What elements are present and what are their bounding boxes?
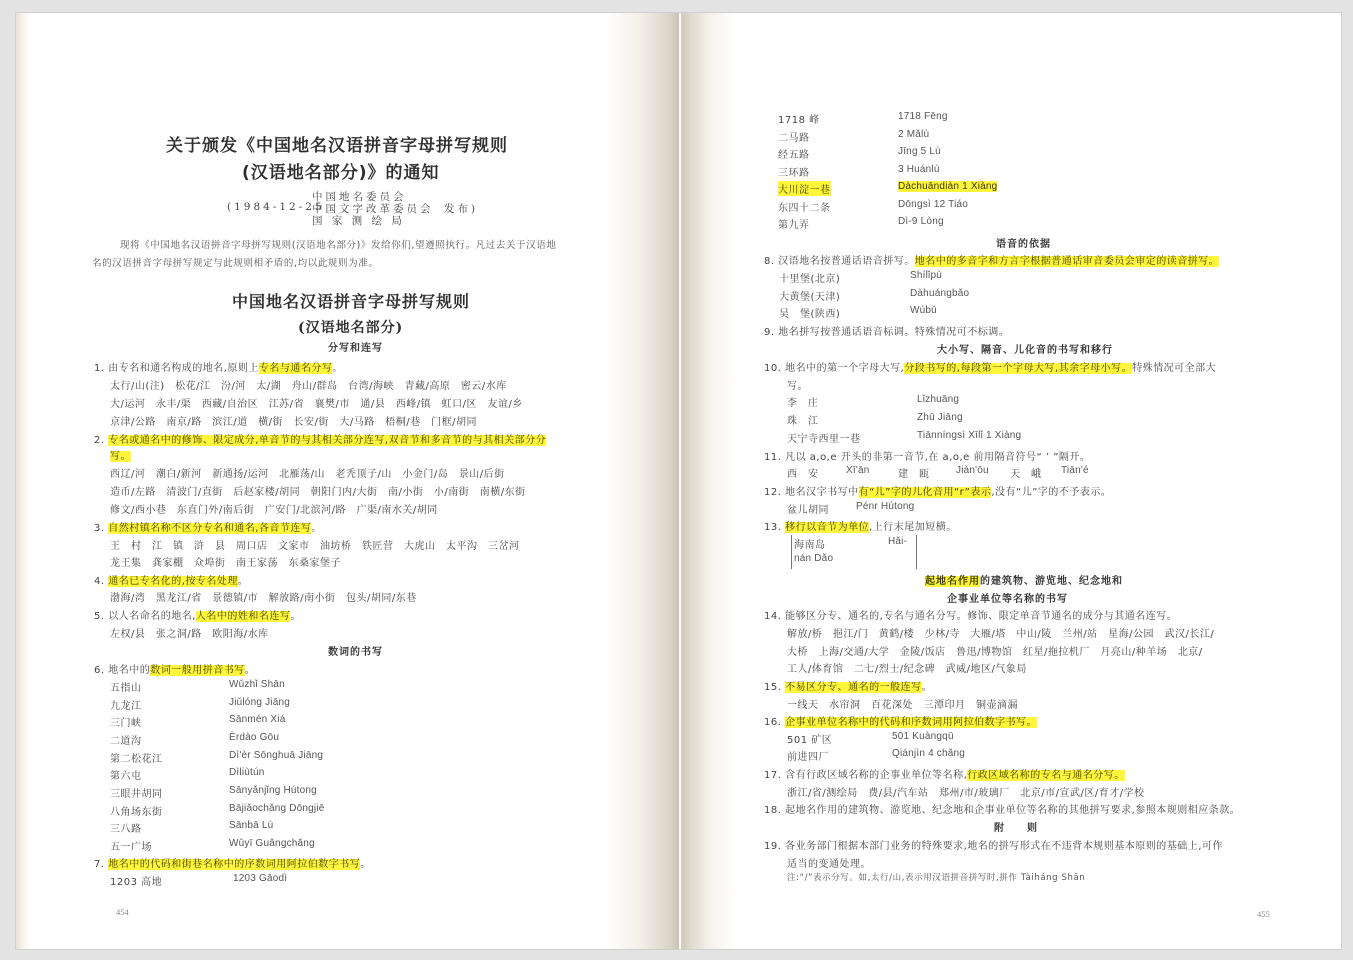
example-hanzi: 盆儿胡同	[787, 501, 829, 516]
example-pinyin: Xī'ān	[846, 465, 869, 476]
notice-title-line1: 关于颁发《中国地名汉语拼音字母拼写规则	[166, 131, 508, 156]
issue-suffix: 发布)	[444, 201, 478, 216]
example-pinyin: Dìliùtún	[229, 767, 265, 778]
rule-2-cont: 写。	[110, 447, 131, 462]
rule-19-cont: 适当的变通处理。	[787, 855, 871, 870]
example-hanzi: 三门峡	[110, 714, 142, 729]
example-hanzi: 经五路	[778, 146, 810, 161]
left-page: 关于颁发《中国地名汉语拼音字母拼写规则 (汉语地名部分)》的通知 中国地名委员会…	[16, 13, 679, 949]
example-hanzi: 五指山	[110, 679, 142, 694]
box-line1-pinyin: Hǎi-	[888, 536, 907, 547]
example-hanzi: 二道沟	[110, 732, 142, 747]
example-hanzi: 501 矿区	[787, 731, 832, 746]
rule-3: 3. 自然村镇名称不区分专名和通名,各音节连写。	[94, 519, 322, 534]
example-pinyin: Dōngsì 12 Tiáo	[898, 199, 968, 210]
example-hanzi: 吴 堡(陕西)	[779, 305, 840, 320]
example-hanzi: 1718 峰	[778, 111, 820, 126]
example-hanzi-highlighted: 大川淀一巷	[778, 181, 831, 196]
section-heading-pronunciation: 语音的依据	[996, 235, 1051, 250]
rule-14-example-line: 大桥 上海/交通/大学 金陵/饭店 鲁迅/博物馆 红星/拖拉机厂 月亮山/种羊场…	[787, 643, 1203, 658]
section-heading-split-join: 分写和连写	[328, 339, 383, 354]
page-number-left: 454	[116, 907, 129, 917]
intro-line1: 现将《中国地名汉语拼音字母拼写规则(汉语地名部分)》发给你们,望遵照执行。凡过去…	[120, 237, 556, 251]
rule-3-example-line: 龙王集 龚家棚 众埠街 南王家荡 东桑家堡子	[110, 554, 341, 569]
example-pinyin: Tiānníngsì Xīlǐ 1 Xiàng	[917, 430, 1021, 441]
rule-4: 4. 通名已专名化的,按专名处理。	[94, 572, 248, 587]
rule-4-example-line: 渤海/湾 黑龙江/省 景德镇/市 解放路/南小街 包头/胡同/东巷	[110, 589, 417, 604]
rule-17: 17. 含有行政区域名称的企事业单位等名称,行政区域名称的专名与通名分写。	[764, 766, 1125, 781]
rule-5: 5. 以人名命名的地名,人名中的姓和名连写。	[94, 607, 301, 622]
example-pinyin: Wǔzhǐ Shān	[229, 679, 285, 690]
example-pinyin: Sānbā Lù	[229, 820, 273, 831]
example-hanzi: 天 峨	[1010, 465, 1042, 480]
section-heading-capitalization: 大小写、隔音、儿化音的书写和移行	[937, 341, 1113, 356]
rule-8: 8. 汉语地名按普通话语音拼写。地名中的多音字和方言字根据普通话审音委员会审定的…	[764, 252, 1219, 267]
example-pinyin: Sānmén Xiá	[229, 714, 285, 725]
rule-1-example-line: 大/运河 永丰/渠 西藏/自治区 江苏/省 襄樊/市 通/县 西峰/镇 虹口/区…	[110, 395, 523, 410]
rule-3-example-line: 王 村 江 镇 浒 县 周口店 文家市 油坊桥 铁匠营 大虎山 太平沟 三岔河	[110, 537, 520, 552]
rule-1: 1. 由专名和通名构成的地名,原则上专名与通名分写。	[94, 359, 343, 374]
highlight: 分段书写的,每段第一个字母大写,其余字母小写。	[904, 363, 1132, 374]
highlight: 行政区域名称的专名与通名分写	[967, 770, 1114, 781]
rule-1-example-line: 京津/公路 南京/路 滨江/道 横/街 长安/街 大/马路 梧桐/巷 门框/胡同	[110, 413, 477, 428]
example-pinyin: Dì'èr Sōnghuā Jiāng	[229, 750, 323, 761]
box-line2-pinyin: nán Dǎo	[794, 553, 833, 564]
issue-date: (1984-12-25	[227, 201, 325, 213]
example-pinyin: Pénr Hútong	[856, 501, 914, 512]
example-pinyin: 1718 Fēng	[898, 111, 948, 122]
example-hanzi: 珠 江	[787, 412, 819, 427]
rule-11: 11. 凡以 a,o,e 开头的非第一音节,在 a,o,e 前用隔音符号“ ’ …	[764, 448, 1090, 463]
highlight: 写。	[110, 451, 131, 462]
right-page: 1718 峰 1718 Fēng 二马路 2 Mǎlù 经五路 Jīng 5 L…	[681, 13, 1341, 949]
rule-16: 16. 企事业单位名称中的代码和序数词用阿拉伯数字书写。	[764, 713, 1037, 728]
highlight: 自然村镇名称不区分专名和通名,各音节连写	[108, 523, 311, 534]
example-pinyin: 501 Kuàngqū	[892, 731, 954, 742]
highlight: 移行以音节为单位	[785, 522, 869, 533]
rule-14-example-line: 解放/桥 挹江/门 黄鹤/楼 少林/寺 大雁/塔 中山/陵 兰州/站 星海/公园…	[787, 625, 1214, 640]
section-heading-numerals: 数词的书写	[328, 643, 383, 658]
example-pinyin: Qiánjìn 4 chǎng	[892, 748, 965, 759]
example-pinyin: Shílǐpù	[910, 270, 942, 281]
book-spread: 关于颁发《中国地名汉语拼音字母拼写规则 (汉语地名部分)》的通知 中国地名委员会…	[16, 13, 1341, 949]
example-hanzi: 十里堡(北京)	[779, 270, 840, 285]
rule-15-example-line: 一线天 水帘洞 百花深处 三潭印月 铜壶滴漏	[787, 696, 1018, 711]
highlight: 专名或通名中的修饰、限定成分,单音节的与其相关部分连写,双音节和多音节的与其相关…	[108, 435, 546, 446]
example-pinyin: Dàhuángbǎo	[910, 288, 969, 299]
section-heading-buildings: 起地名作用的建筑物、游览地、纪念地和	[925, 572, 1123, 587]
example-hanzi: 二马路	[778, 129, 810, 144]
highlight: 通名已专名化的,按专名处理	[108, 576, 238, 587]
footnote: 注:“/”表示分写。如,太行/山,表示用汉语拼音拼写时,拼作 Tàiháng S…	[787, 871, 1085, 883]
highlight: 企事业单位名称中的代码和序数词用阿拉伯数字书写	[785, 717, 1027, 728]
example-pinyin: Sānyǎnjǐng Hútong	[229, 785, 317, 796]
rule-7: 7. 地名中的代码和街巷名称中的序数词用阿拉伯数字书写。	[94, 855, 371, 870]
example-pinyin: Èrdào Gōu	[229, 732, 279, 743]
rule-1-example-line: 太行/山(注) 松花/江 汾/河 太/湖 舟山/群岛 台湾/海峡 青藏/高原 密…	[110, 377, 507, 392]
section-heading-buildings-line2: 企事业单位等名称的书写	[947, 590, 1068, 605]
example-pinyin: Dì-9 Lòng	[898, 216, 944, 227]
example-hanzi: 大黄堡(天津)	[779, 288, 840, 303]
issuer-3: 国 家 测 绘 局	[312, 213, 405, 228]
example-pinyin: 2 Mǎlù	[898, 129, 929, 140]
intro-line2: 名的汉语拼音字母拼写规定与此规则相矛盾的,均以此规则为准。	[92, 255, 378, 269]
example-pinyin: Tiān'é	[1061, 465, 1089, 476]
rule-2-example-line: 造币/左路 清波门/直街 后赵家楼/胡同 朝阳门内/大街 南/小街 小/南街 南…	[110, 483, 526, 498]
rule-19: 19. 各业务部门根据本部门业务的特殊要求,地名的拼写形式在不违背本规则基本原则…	[764, 837, 1223, 852]
rule-2-example-line: 修文/西小巷 东直门外/南后街 广安门/北滨河/路 广渠/南水关/胡同	[110, 501, 438, 516]
highlight: 人名中的姓和名连写	[196, 611, 291, 622]
rule-14-example-line: 工人/体育馆 二七/烈士/纪念碑 武威/地区/气象局	[787, 660, 1027, 675]
highlight: 不易区分专、通名的一般连写	[785, 682, 922, 693]
rule-2: 2. 专名或通名中的修饰、限定成分,单音节的与其相关部分连写,双音节和多音节的与…	[94, 431, 546, 446]
example-pinyin: Lǐzhuāng	[917, 394, 959, 405]
example-hanzi: 第二松花江	[110, 750, 163, 765]
notice-title-line2: (汉语地名部分)》的通知	[242, 158, 440, 183]
page-number-right: 455	[1257, 909, 1270, 919]
highlight: 起地名作用	[925, 576, 980, 587]
highlight: 地名中的多音字和方言字根据普通话审音委员会审定的读音拼写	[915, 256, 1209, 267]
rule-6: 6. 地名中的数词一般用拼音书写。	[94, 661, 255, 676]
example-hanzi: 三环路	[778, 164, 810, 179]
rule-9: 9. 地名拼写按普通话语音标调。特殊情况可不标调。	[764, 323, 1009, 338]
example-hanzi: 三八路	[110, 820, 142, 835]
example-hanzi: 八角场东街	[110, 803, 163, 818]
rule-10: 10. 地名中的第一个字母大写,分段书写的,每段第一个字母大写,其余字母小写。特…	[764, 359, 1216, 374]
rule-5-example-line: 左权/县 张之洞/路 欧阳海/水库	[110, 625, 269, 640]
rule-12: 12. 地名汉字书写中有“儿”字的儿化音用“r”表示,没有“儿”字的不予表示。	[764, 483, 1111, 498]
example-hanzi: 东四十二条	[778, 199, 831, 214]
example-hanzi: 五一广场	[110, 838, 152, 853]
example-hanzi: 第六屯	[110, 767, 142, 782]
rule-13: 13. 移行以音节为单位,上行末尾加短横。	[764, 518, 957, 533]
highlight: 数词一般用拼音书写	[150, 665, 245, 676]
rule-17-example-line: 浙江/省/测绘局 费/县/汽车站 郑州/市/玻璃厂 北京/市/宣武/区/育才/学…	[787, 784, 1145, 799]
example-hanzi: 九龙江	[110, 697, 142, 712]
example-pinyin: Wǔyī Guǎngchǎng	[229, 838, 315, 849]
example-hanzi: 前进四厂	[787, 748, 829, 763]
example-hanzi: 西 安	[787, 465, 819, 480]
example-pinyin: Jiǔlóng Jiāng	[229, 697, 290, 708]
rule-18: 18. 起地名作用的建筑物、游览地、纪念地和企事业单位等名称的其他拼写要求,参照…	[764, 801, 1240, 816]
example-pinyin: Jīng 5 Lù	[898, 146, 941, 157]
example-pinyin: Zhū Jiāng	[917, 412, 963, 423]
rules-title: 中国地名汉语拼音字母拼写规则	[232, 289, 470, 312]
example-hanzi: 1203 高地	[110, 873, 162, 888]
example-pinyin: 1203 Gāodì	[233, 873, 287, 884]
highlight: 专名与通名分写	[259, 363, 333, 374]
example-hanzi: 三眼井胡同	[110, 785, 163, 800]
example-hanzi: 建 瓯	[898, 465, 930, 480]
box-line1-hanzi: 海南岛	[794, 536, 826, 551]
example-pinyin: 3 Huánlù	[898, 164, 940, 175]
highlight: 地名中的代码和街巷名称中的序数词用阿拉伯数字书写	[108, 859, 360, 870]
rule-2-example-line: 西辽/河 潮白/新河 新通扬/运河 北雁荡/山 老秃顶子/山 小金门/岛 景山/…	[110, 465, 505, 480]
example-pinyin: Jiàn'ōu	[956, 465, 989, 476]
rule-15: 15. 不易区分专、通名的一般连写。	[764, 678, 932, 693]
rule-14: 14. 能够区分专、通名的,专名与通名分写。修饰、限定单音节通名的成分与其通名连…	[764, 607, 1177, 622]
rules-subtitle: (汉语地名部分)	[298, 317, 403, 337]
example-hanzi: 天宁寺西里一巷	[787, 430, 861, 445]
example-pinyin: Bājiǎochǎng Dōngjiē	[229, 803, 325, 814]
example-pinyin: Wúbǔ	[910, 305, 937, 316]
example-pinyin-highlighted: Dàchuāndiàn 1 Xiàng	[898, 181, 997, 192]
example-hanzi: 第九弄	[778, 216, 810, 231]
highlight: 有“儿”字的儿化音用“r”表示	[859, 487, 992, 498]
example-hanzi: 李 庄	[787, 394, 819, 409]
section-heading-supplementary: 附 则	[994, 819, 1038, 834]
rule-10-cont: 写。	[787, 377, 808, 392]
